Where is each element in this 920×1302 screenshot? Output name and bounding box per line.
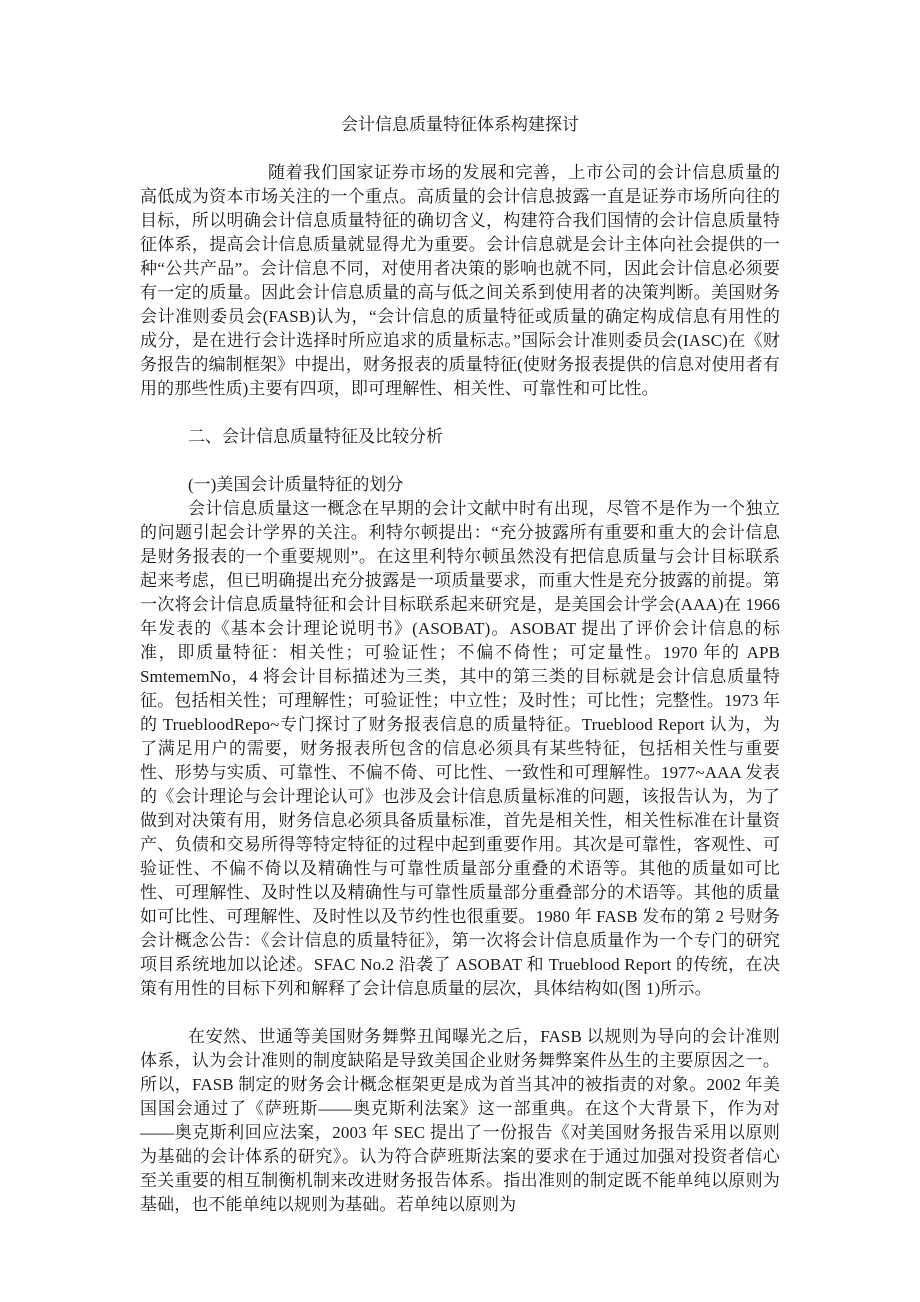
blank-line bbox=[140, 449, 780, 473]
document-page: 会计信息质量特征体系构建探讨 随着我们国家证券市场的发展和完善，上市公司的会计信… bbox=[0, 0, 920, 1302]
paragraph-fasb-sarbanes-oxley: 在安然、世通等美国财务舞弊丑闻曝光之后，FASB 以规则为导向的会计准则体系，认… bbox=[140, 1025, 780, 1217]
paragraph-introduction: 随着我们国家证券市场的发展和完善，上市公司的会计信息质量的高低成为资本市场关注的… bbox=[140, 161, 780, 401]
blank-line bbox=[140, 137, 780, 161]
paragraph-us-quality-history: 会计信息质量这一概念在早期的会计文献中时有出现，尽管不是作为一个独立的问题引起会… bbox=[140, 497, 780, 1001]
blank-line bbox=[140, 401, 780, 425]
blank-line bbox=[140, 1001, 780, 1025]
subsection-heading-us-quality-characteristics: (一)美国会计质量特征的划分 bbox=[140, 473, 780, 497]
document-title: 会计信息质量特征体系构建探讨 bbox=[140, 113, 780, 137]
section-heading-comparison-analysis: 二、会计信息质量特征及比较分析 bbox=[140, 425, 780, 449]
